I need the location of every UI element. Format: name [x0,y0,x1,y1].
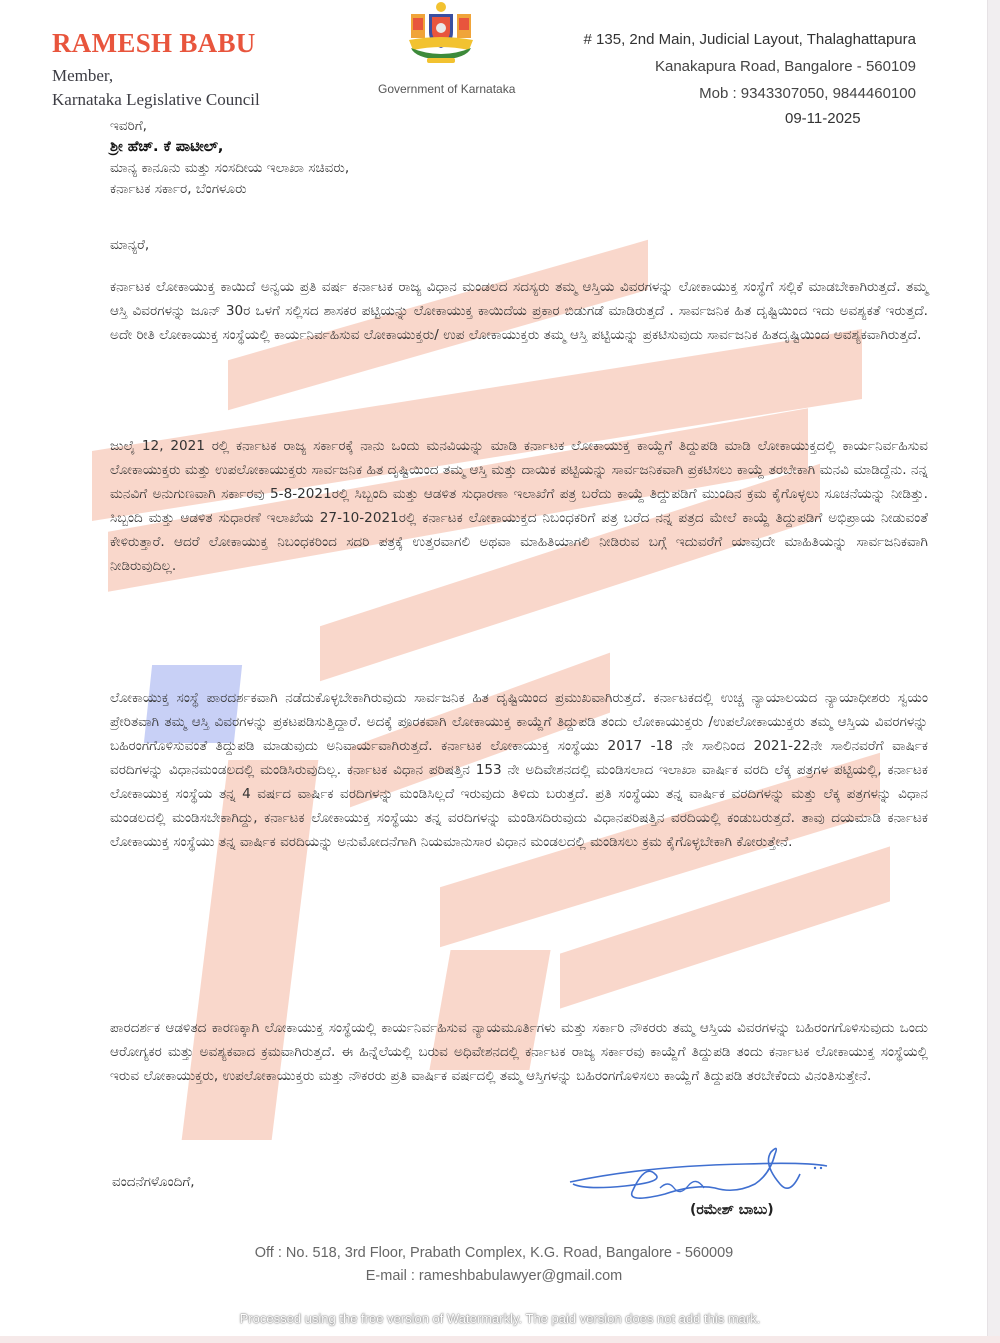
closing: ವಂದನೆಗಳೊಂದಿಗೆ, [112,1174,195,1190]
recipient-designation: ಮಾನ್ಯ ಕಾನೂನು ಮತ್ತು ಸಂಸದೀಯ ಇಲಾಖಾ ಸಚಿವರು, [110,158,928,179]
paragraph: ಕರ್ನಾಟಕ ಲೋಕಾಯುಕ್ತ ಕಾಯಿದೆ ಅನ್ವಯ ಪ್ರತಿ ವರ್… [110,275,928,347]
sender-role: Member, Karnataka Legislative Council [52,64,260,112]
salutation: ಮಾನ್ಯರೆ, [110,233,928,257]
letter-page: RAMESH BABU Member, Karnataka Legislativ… [0,0,988,1343]
signatory-name: (ರಮೇಶ್ ಬಾಬು) [690,1202,774,1218]
sender-name: RAMESH BABU [52,28,256,59]
sender-role-line: Karnataka Legislative Council [52,88,260,112]
address-line: # 135, 2nd Main, Judicial Layout, Thalag… [584,26,916,53]
paragraph: ಜುಲೈ 12, 2021 ರಲ್ಲಿ ಕರ್ನಾಟಕ ರಾಜ್ಯ ಸರ್ಕಾರ… [110,434,928,578]
recipient-name: ಶ್ರೀ ಹೆಚ್. ಕೆ ಪಾಟೀಲ್, [110,137,928,158]
to-label: ಇವರಿಗೆ, [110,116,928,137]
paragraph: ಪಾರದರ್ಶಕ ಆಡಳಿತದ ಕಾರಣಕ್ಕಾಗಿ ಲೋಕಾಯುಕ್ತ ಸಂಸ… [110,1016,928,1088]
government-label: Government of Karnataka [378,82,515,96]
paragraph: ಲೋಕಾಯುಕ್ತ ಸಂಸ್ಥೆ ಪಾರದರ್ಶಕವಾಗಿ ನಡೆದುಕೊಳ್ಳ… [110,686,928,854]
handwritten-signature-icon [565,1144,840,1206]
page-edge [987,0,1000,1343]
bottom-edge [0,1336,1000,1343]
sender-address: # 135, 2nd Main, Judicial Layout, Thalag… [584,26,916,107]
mobile-numbers: Mob : 9343307050, 9844460100 [584,80,916,107]
address-line: Kanakapura Road, Bangalore - 560109 [584,53,916,80]
office-address: Off : No. 518, 3rd Floor, Prabath Comple… [0,1245,988,1261]
watermark-notice: Processed using the free version of Wate… [0,1311,1000,1326]
recipient-office: ಕರ್ನಾಟಕ ಸರ್ಕಾರ, ಬೆಂಗಳೂರು [110,179,928,200]
karnataka-emblem-icon [405,0,477,68]
recipient-block: ಇವರಿಗೆ, ಶ್ರೀ ಹೆಚ್. ಕೆ ಪಾಟೀಲ್, ಮಾನ್ಯ ಕಾನೂ… [110,116,928,200]
email-address: E-mail : rameshbabulawyer@gmail.com [0,1268,988,1284]
sender-role-line: Member, [52,64,260,88]
